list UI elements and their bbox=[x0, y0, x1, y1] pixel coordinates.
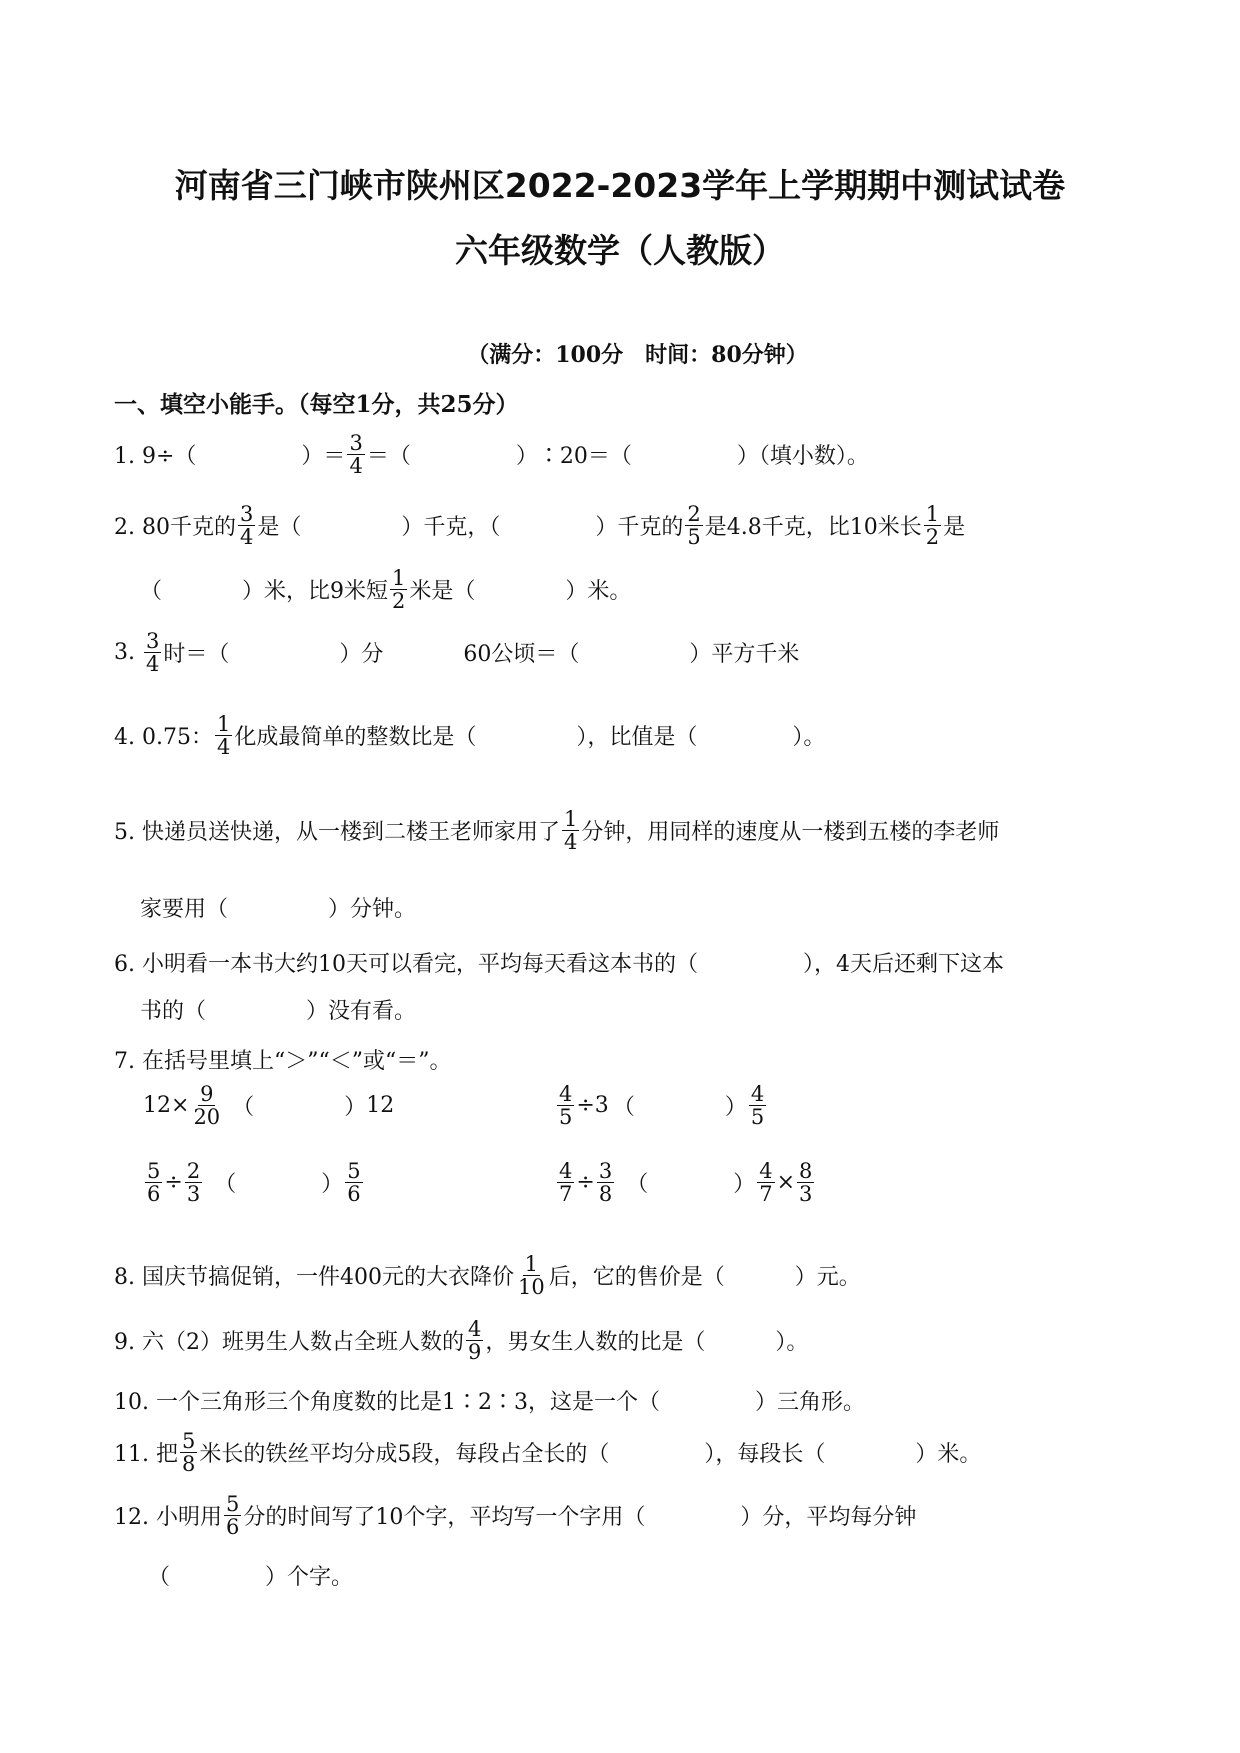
question-9: 9. 六（2）班男生人数占全班人数的 49 ，男女生人数的比是（ ）。 bbox=[114, 1318, 808, 1363]
fraction: 34 bbox=[144, 630, 161, 675]
question-3: 3. 34 时＝（ ）分 60公顷＝（ ）平方千米 bbox=[114, 630, 799, 675]
question-1: 1. 9÷（ ）＝ 34 ＝（ ）∶20＝（ ）（填小数）。 bbox=[114, 432, 869, 477]
question-12-line-2: （ ）个字。 bbox=[148, 1560, 353, 1591]
question-5-line-2: 家要用（ ）分钟。 bbox=[140, 892, 416, 923]
question-8: 8. 国庆节搞促销，一件400元的大衣降价 110 后，它的售价是（ ）元。 bbox=[114, 1253, 861, 1298]
fraction: 56 bbox=[224, 1493, 241, 1538]
fraction: 110 bbox=[516, 1253, 547, 1298]
fraction: 58 bbox=[180, 1430, 197, 1475]
question-10: 10. 一个三角形三个角度数的比是1∶2∶3，这是一个（ ）三角形。 bbox=[114, 1385, 865, 1416]
fraction: 34 bbox=[238, 503, 255, 548]
compare-item-1: 12× 920 （ ）12 bbox=[143, 1083, 394, 1128]
exam-meta: （满分：100分 时间：80分钟） bbox=[0, 338, 1240, 369]
section-heading: 一、填空小能手。（每空1分，共25分） bbox=[114, 386, 519, 419]
question-2-line-2: （ ）米，比9米短 12 米是（ ）米。 bbox=[140, 567, 631, 612]
question-7-prompt: 7. 在括号里填上“＞”“＜”或“＝”。 bbox=[114, 1044, 451, 1075]
fraction: 14 bbox=[215, 713, 232, 758]
fraction: 14 bbox=[562, 808, 579, 853]
question-2: 2. 80千克的 34 是（ ）千克，（ ）千克的 25 是4.8千克，比10米… bbox=[114, 503, 965, 548]
exam-subtitle: 六年级数学（人教版） bbox=[0, 225, 1240, 272]
fraction: 12 bbox=[390, 567, 407, 612]
fraction: 25 bbox=[685, 503, 702, 548]
question-6: 6. 小明看一本书大约10天可以看完，平均每天看这本书的（ ），4天后还剩下这本 bbox=[114, 947, 1004, 978]
exam-title: 河南省三门峡市陕州区2022-2023学年上学期期中测试试卷 bbox=[0, 160, 1240, 207]
question-12: 12. 小明用 56 分的时间写了10个字，平均写一个字用（ ）分，平均每分钟 bbox=[114, 1493, 916, 1538]
compare-item-2: 45 ÷3 （ ） 45 bbox=[555, 1083, 768, 1128]
question-5: 5. 快递员送快递，从一楼到二楼王老师家用了 14 分钟，用同样的速度从一楼到五… bbox=[114, 808, 999, 853]
compare-item-3: 56 ÷ 23 （ ） 56 bbox=[143, 1160, 365, 1205]
question-11: 11. 把 58 米长的铁丝平均分成5段，每段占全长的（ ），每段长（ ）米。 bbox=[114, 1430, 981, 1475]
question-6-line-2: 书的（ ）没有看。 bbox=[140, 994, 416, 1025]
fraction: 12 bbox=[924, 503, 941, 548]
fraction: 34 bbox=[347, 432, 364, 477]
compare-item-4: 47 ÷ 38 （ ） 47 × 83 bbox=[555, 1160, 816, 1205]
question-4: 4. 0.75： 14 化成最简单的整数比是（ ），比值是（ ）。 bbox=[114, 713, 825, 758]
fraction: 49 bbox=[466, 1318, 483, 1363]
